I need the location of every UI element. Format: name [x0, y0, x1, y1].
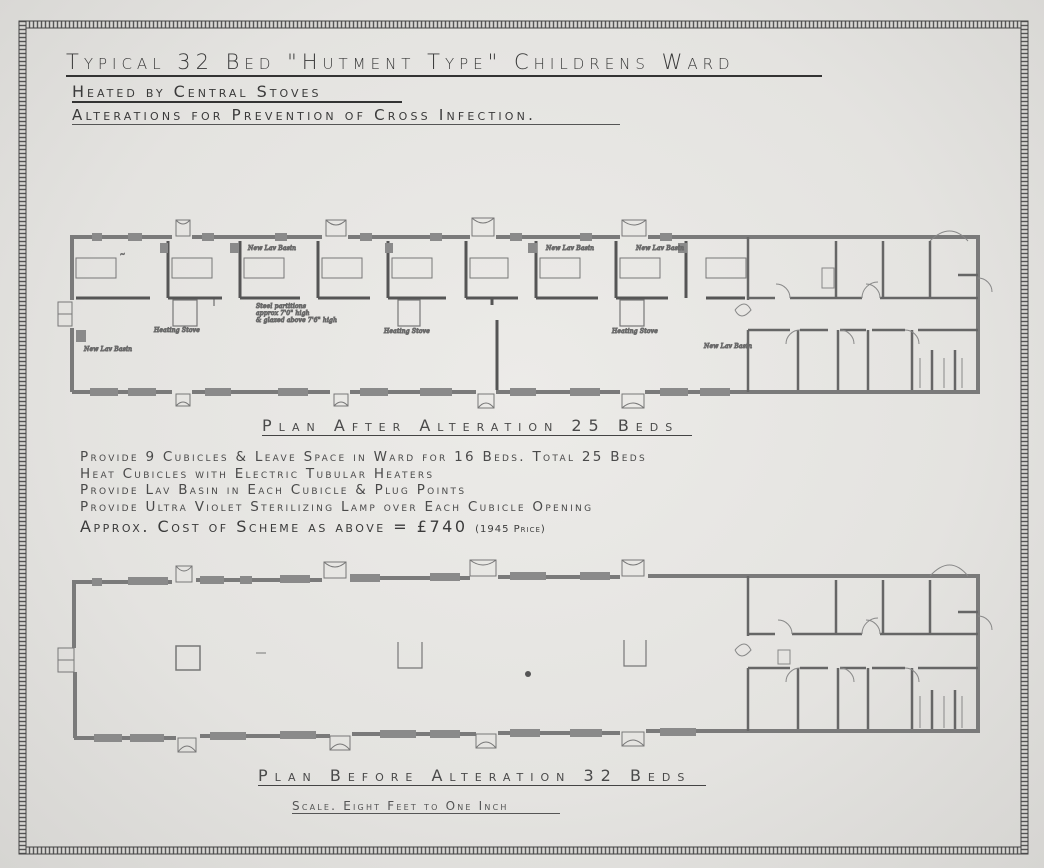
note-line-4: Provide Ultra Violet Sterilizing Lamp ov… [80, 499, 647, 516]
drawing-scale: Scale. Eight Feet to One Inch [292, 799, 560, 814]
label-lav-basin-end: New Lav Basin [83, 346, 132, 353]
label-partition-note-1: Steel partitions [256, 303, 306, 310]
note-line-1: Provide 9 Cubicles & Leave Space in Ward… [80, 449, 647, 466]
label-new-lav-basin-2: New Lav Basin [545, 245, 594, 252]
note-line-2: Heat Cubicles with Electric Tubular Heat… [80, 466, 647, 483]
label-partition-note-3: & glazed above 7'6" high [256, 317, 337, 324]
cost-year: (1945 Price) [475, 524, 546, 535]
note-line-3: Provide Lav Basin in Each Cubicle & Plug… [80, 482, 647, 499]
plan-after-alteration: ~ New Lav Basin New Lav Basin New Lav Ba… [58, 218, 992, 408]
cost-value: £740 [417, 517, 468, 536]
plan-before-alteration [58, 560, 992, 752]
label-heating-stove-2: Heating Stove [383, 328, 430, 335]
cost-label: Approx. Cost of Scheme as above = [80, 517, 417, 536]
label-partition-note-2: approx 7'0" high [256, 310, 310, 317]
caption-plan-after: Plan After Alteration 25 Beds [262, 416, 692, 436]
cost-estimate: Approx. Cost of Scheme as above = £740 (… [80, 519, 647, 539]
caption-plan-before: Plan Before Alteration 32 Beds [258, 766, 706, 786]
label-heating-stove-3: Heating Stove [611, 328, 658, 335]
label-new-lav-basin: New Lav Basin [247, 245, 296, 252]
label-lav-basin-1: ~ [120, 251, 125, 258]
label-heating-stove-1: Heating Stove [153, 327, 200, 334]
label-lav-basin-corridor: New Lav Basin [703, 343, 752, 350]
alteration-notes: Provide 9 Cubicles & Leave Space in Ward… [80, 449, 647, 539]
drawing-sheet: ~ New Lav Basin New Lav Basin New Lav Ba… [0, 0, 1044, 868]
drawing-subtitle: Heated by Central Stoves [72, 82, 402, 103]
drawing-purpose: Alterations for Prevention of Cross Infe… [72, 106, 620, 125]
drawing-title: Typical 32 Bed "Hutment Type" Childrens … [66, 50, 822, 77]
label-new-lav-basin-3: New Lav Basin [635, 245, 684, 252]
